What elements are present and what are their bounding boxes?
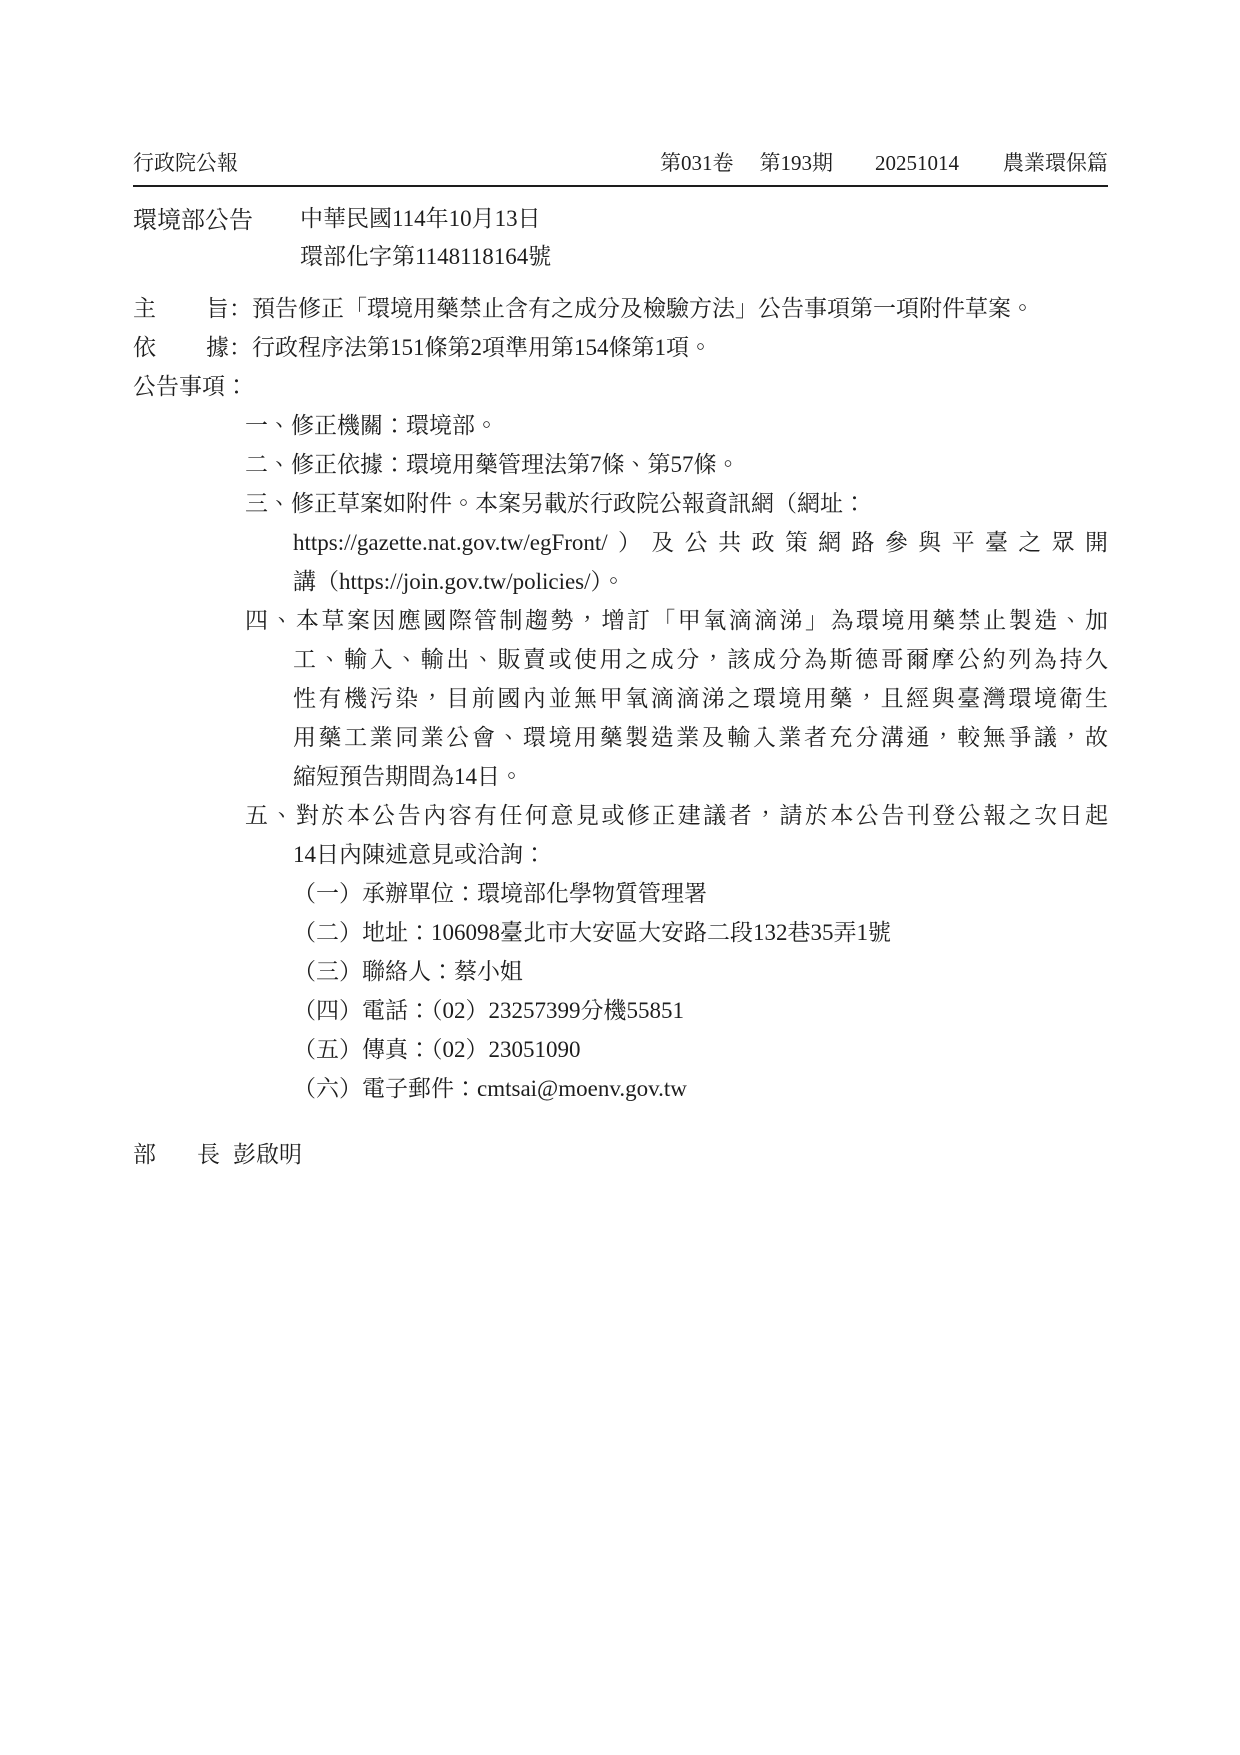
basis-separator: ：	[229, 328, 252, 367]
masthead-issue: 第193期	[760, 150, 834, 176]
agency-name: 環境部公告	[133, 200, 300, 276]
item-1-line-1: 一、修正機關：環境部。	[245, 406, 1108, 445]
item-3-number: 三、	[245, 491, 291, 516]
item-4-number: 四、	[245, 608, 296, 633]
subject-text: 預告修正「環境用藥禁止含有之成分及檢驗方法」公告事項第一項附件草案。	[252, 289, 1108, 328]
subject-line: 主 旨 ： 預告修正「環境用藥禁止含有之成分及檢驗方法」公告事項第一項附件草案。	[133, 289, 1108, 328]
item-3-line-2: https://gazette.nat.gov.tw/egFront/）及公共政…	[245, 523, 1108, 562]
signature-line: 部 長 彭啟明	[133, 1140, 1108, 1170]
sub-item-phone: （四）電話：（02）23257399分機55851	[293, 991, 1108, 1030]
basis-label: 依 據	[133, 328, 229, 367]
sub-item-fax: （五）傳真：（02）23051090	[293, 1030, 1108, 1069]
masthead: 行政院公報 第031卷 第193期 20251014 農業環保篇	[133, 150, 1108, 187]
doc-number: 環部化字第1148118164號	[300, 238, 551, 276]
minister-title-char1: 部	[133, 1140, 156, 1170]
issue-date: 中華民國114年10月13日	[300, 200, 551, 238]
item-3-line-3: 講（https://join.gov.tw/policies/）。	[245, 562, 1108, 601]
item-5-line-2: 14日內陳述意見或洽詢：	[245, 835, 1108, 874]
subject-label-char1: 主	[133, 289, 156, 328]
item-4-text: 本草案因應國際管制趨勢，增訂「甲氧滴滴涕」為環境用藥禁止製造、加	[296, 608, 1108, 633]
masthead-title: 行政院公報	[133, 150, 238, 176]
basis-label-char1: 依	[133, 328, 156, 367]
item-5-number: 五、	[245, 803, 296, 828]
item-4-line-3: 性有機污染，目前國內並無甲氧滴滴涕之環境用藥，且經與臺灣環境衛生	[245, 679, 1108, 718]
item-2-number: 二、	[245, 452, 291, 477]
sub-item-email: （六）電子郵件：cmtsai@moenv.gov.tw	[293, 1069, 1108, 1108]
item-4-line-4: 用藥工業同業公會、環境用藥製造業及輸入業者充分溝通，較無爭議，故	[245, 718, 1108, 757]
sub-item-unit: （一）承辦單位：環境部化學物質管理署	[293, 874, 1108, 913]
doc-meta: 中華民國114年10月13日 環部化字第1148118164號	[300, 200, 551, 276]
item-2-line-1: 二、修正依據：環境用藥管理法第7條、第57條。	[245, 445, 1108, 484]
subject-separator: ：	[229, 289, 252, 328]
item-2-text: 修正依據：環境用藥管理法第7條、第57條。	[291, 452, 740, 477]
item-3-line-1: 三、修正草案如附件。本案另載於行政院公報資訊網（網址：	[245, 484, 1108, 523]
masthead-section: 農業環保篇	[1003, 150, 1108, 176]
basis-line: 依 據 ： 行政程序法第151條第2項準用第154條第1項。	[133, 328, 1108, 367]
item-1-number: 一、	[245, 413, 291, 438]
subject-label-char2: 旨	[206, 289, 229, 328]
masthead-volume: 第031卷	[660, 150, 734, 176]
sub-item-address: （二）地址：106098臺北市大安區大安路二段132巷35弄1號	[293, 913, 1108, 952]
gazette-page: 行政院公報 第031卷 第193期 20251014 農業環保篇 環境部公告 中…	[0, 0, 1240, 1755]
announcement-items: 一、修正機關：環境部。 二、修正依據：環境用藥管理法第7條、第57條。 三、修正…	[245, 406, 1108, 874]
masthead-date: 20251014	[875, 150, 959, 176]
basis-text: 行政程序法第151條第2項準用第154條第1項。	[252, 328, 1108, 367]
item-3-text: 修正草案如附件。本案另載於行政院公報資訊網（網址：	[291, 491, 866, 516]
item-4-line-1: 四、本草案因應國際管制趨勢，增訂「甲氧滴滴涕」為環境用藥禁止製造、加	[245, 601, 1108, 640]
announcement-header: 環境部公告 中華民國114年10月13日 環部化字第1148118164號	[133, 200, 1108, 276]
item-5-line-1: 五、對於本公告內容有任何意見或修正建議者，請於本公告刊登公報之次日起	[245, 796, 1108, 835]
sub-item-contact-person: （三）聯絡人：蔡小姐	[293, 952, 1108, 991]
item-1-text: 修正機關：環境部。	[291, 413, 498, 438]
item-4-line-2: 工、輸入、輸出、販賣或使用之成分，該成分為斯德哥爾摩公約列為持久	[245, 640, 1108, 679]
basis-label-char2: 據	[206, 328, 229, 367]
minister-title-char2: 長	[197, 1140, 220, 1170]
contact-sub-items: （一）承辦單位：環境部化學物質管理署 （二）地址：106098臺北市大安區大安路…	[293, 874, 1108, 1108]
item-4-line-5: 縮短預告期間為14日。	[245, 757, 1108, 796]
minister-name: 彭啟明	[233, 1140, 302, 1170]
item-5-text: 對於本公告內容有任何意見或修正建議者，請於本公告刊登公報之次日起	[296, 803, 1108, 828]
minister-title: 部 長	[133, 1140, 220, 1170]
masthead-meta: 第031卷 第193期 20251014 農業環保篇	[630, 150, 1108, 176]
announcement-body: 主 旨 ： 預告修正「環境用藥禁止含有之成分及檢驗方法」公告事項第一項附件草案。…	[133, 289, 1108, 1170]
items-heading: 公告事項：	[133, 367, 1108, 406]
subject-label: 主 旨	[133, 289, 229, 328]
